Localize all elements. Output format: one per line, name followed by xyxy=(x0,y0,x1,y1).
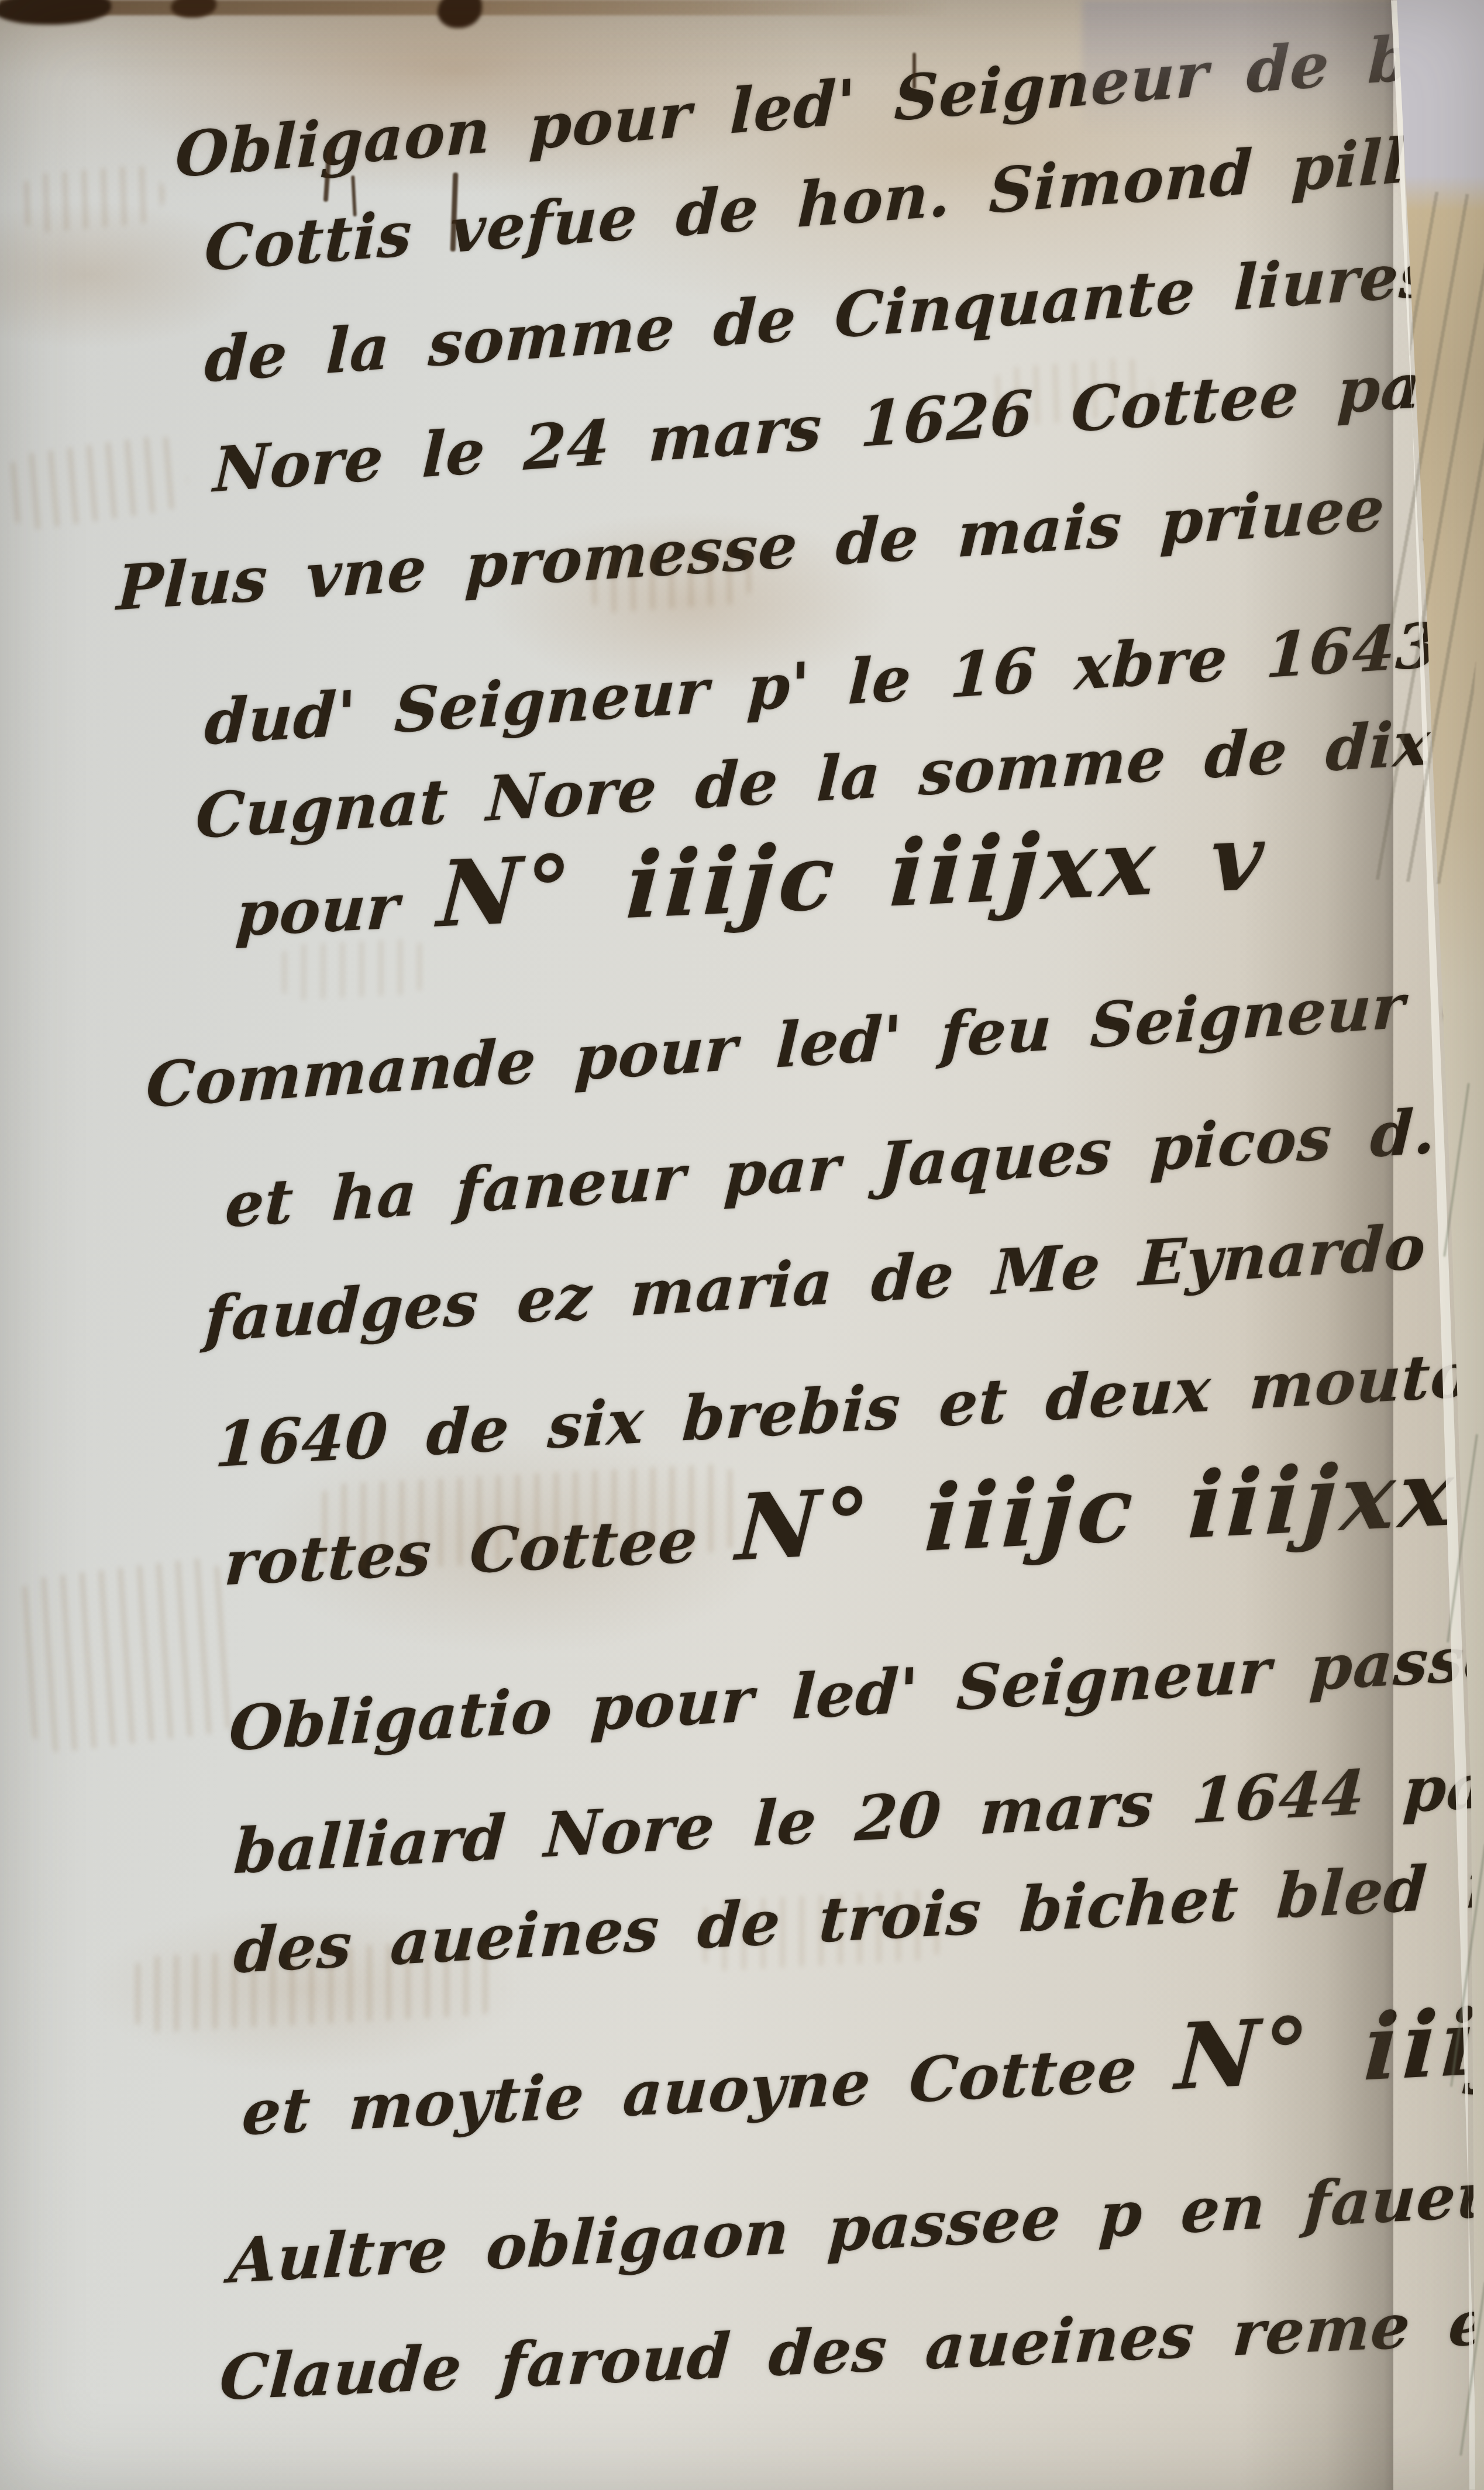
manuscript-photo: Obligaon pour led' Seigneur de braquein … xyxy=(0,0,1484,2490)
ink-drip xyxy=(913,53,916,89)
top-stain-blob xyxy=(438,0,482,28)
bleed-through-mark xyxy=(13,1555,244,1755)
bleed-through-mark xyxy=(694,1889,949,1972)
bleed-through-mark xyxy=(127,1938,505,2033)
bleed-through-mark xyxy=(1,432,191,533)
bleed-through-mark xyxy=(15,163,166,234)
bleed-through-mark xyxy=(274,938,435,1001)
top-stain-blob xyxy=(0,0,111,25)
page-curl-shadow xyxy=(1240,0,1393,2490)
bleed-through-mark xyxy=(583,538,757,614)
cote-line-text: et moytie auoyne Cottee xyxy=(240,2031,1178,2150)
cote-line-text: pour xyxy=(234,868,440,950)
